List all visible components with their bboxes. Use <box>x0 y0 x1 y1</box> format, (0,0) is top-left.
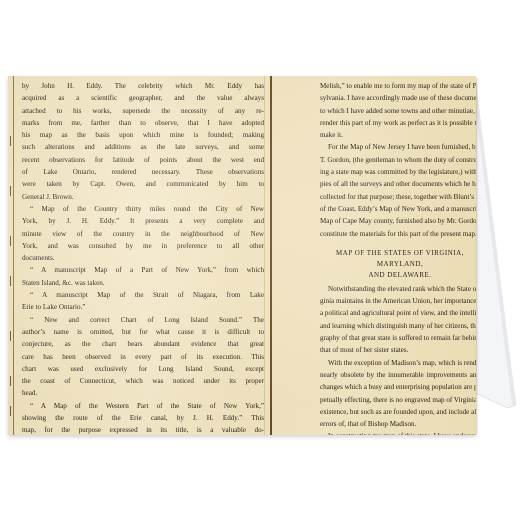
text-line: “ A manuscript Map of a Part of New York… <box>22 264 264 276</box>
text-line: chart was used exclusively for Long Isla… <box>22 363 264 375</box>
heading-line: MAP OF THE STATES OF VIRGINIA, MARYLAND, <box>320 248 476 270</box>
text-line: of the Coast, Eddy’s Map of New York, an… <box>320 203 476 215</box>
text-line: existence, but such as are founded upon,… <box>320 406 476 418</box>
text-line: sylvania. I have accordingly made use of… <box>320 92 476 104</box>
text-line: such alterations and additions as the la… <box>22 141 264 153</box>
text-line: of Lake Ontario, rendered necessary. The… <box>22 166 264 178</box>
text-line: that of most of her sister states. <box>320 344 476 356</box>
text-line: ing a state map was committed by the leg… <box>320 166 476 178</box>
text-line: pies of all the surveys and other docume… <box>320 178 476 190</box>
margin-mark <box>10 236 11 246</box>
text-line: Erie to Lake Ontario.” <box>22 301 264 313</box>
text-line: Map of Cape May county, furnished also b… <box>320 215 476 227</box>
text-line: graphy of that great state is suffered t… <box>320 332 476 344</box>
text-line: In constructing my map of this state, I … <box>320 430 476 435</box>
margin-mark <box>10 276 11 286</box>
text-line: by John H. Eddy. The celebrity which Mr.… <box>22 80 264 92</box>
text-line: his map as the basis upon which mine is … <box>22 129 264 141</box>
text-line: recent observations for latitude of poin… <box>22 154 264 166</box>
text-line: attached to his works, supersede the nec… <box>22 105 264 117</box>
text-line: the coast of Connecticut, which was noti… <box>22 375 264 387</box>
text-line: For the Map of New Jersey I have been fu… <box>320 141 476 153</box>
text-line: acquired as a scientific geographer, and… <box>22 92 264 104</box>
text-line: “ New and correct Chart of Long Island S… <box>22 314 264 326</box>
gutter-shadow <box>264 76 265 435</box>
text-line: head. <box>22 387 264 399</box>
text-line: constitute the materials for this part o… <box>320 228 476 240</box>
heading-line: AND DELAWARE. <box>320 270 476 281</box>
text-line: showing the route of the Erie canal, by … <box>22 412 264 424</box>
text-line: errors of, that of Bishop Madison. <box>320 418 476 430</box>
greeting-card: by John H. Eddy. The celebrity which Mr.… <box>8 76 476 435</box>
text-line: conjecture, as the chart bears abundant … <box>22 338 264 350</box>
text-line: nearly obsolete by the innumerable impro… <box>320 369 476 381</box>
text-line: care has been observed in every part of … <box>22 351 264 363</box>
text-line: author’s name is omitted, but for what c… <box>22 326 264 338</box>
text-line: collected for that purpose; these, toget… <box>320 191 476 203</box>
text-line: render this part of my work as perfect a… <box>320 117 476 129</box>
text-line: General J. Brown. <box>22 191 264 203</box>
left-page-border <box>13 76 14 435</box>
text-line: map, for the purpose expressed in its ti… <box>22 424 264 435</box>
text-line: minute view of the country in the neighb… <box>22 228 264 240</box>
left-page-text: by John H. Eddy. The celebrity which Mr.… <box>22 80 264 435</box>
text-line: to which I have added some towns and oth… <box>320 105 476 117</box>
text-line: York, by J. H. Eddy.” It presents a very… <box>22 215 264 227</box>
margin-mark <box>10 186 11 196</box>
text-line: T. Gordon, (the gentleman to whom the du… <box>320 154 476 166</box>
text-line: make it. <box>320 129 476 141</box>
text-line: Notwithstanding the elevated rank which … <box>320 283 476 295</box>
left-page-margin-marks <box>10 76 12 435</box>
margin-mark <box>10 376 11 386</box>
text-line: and learning which distinguish many of h… <box>320 320 476 332</box>
text-line: Staten Island, &c. was taken. <box>22 277 264 289</box>
section-heading: MAP OF THE STATES OF VIRGINIA, MARYLAND,… <box>320 248 476 281</box>
margin-mark <box>10 331 11 341</box>
text-line: “ A manuscript Map of the Strait of Niag… <box>22 289 264 301</box>
text-line: Melish,” to enable me to form my map of … <box>320 80 476 92</box>
text-line: With the exception of Madison’s map, whi… <box>320 357 476 369</box>
margin-mark <box>10 406 11 416</box>
text-line: a political and agricultural point of vi… <box>320 307 476 319</box>
text-line: “ A Map of the Western Part of the State… <box>22 400 264 412</box>
text-line: petually effecting, there is no engraved… <box>320 394 476 406</box>
text-line: marks from me, farther than to observe, … <box>22 117 264 129</box>
text-line: changes which a busy and enterprising po… <box>320 381 476 393</box>
text-line: documents. <box>22 252 264 264</box>
fold-shadow <box>476 78 478 434</box>
text-line: ginia maintains in the American Union, h… <box>320 295 476 307</box>
right-page-text: Melish,” to enable me to form my map of … <box>320 80 476 435</box>
margin-mark <box>10 136 11 146</box>
text-line: “ Map of the Country thirty miles round … <box>22 203 264 215</box>
text-line: were taken by Capt. Owen, and communicat… <box>22 178 264 190</box>
book-gutter <box>270 76 272 435</box>
text-line: York, and was consulted by me in prefere… <box>22 240 264 252</box>
